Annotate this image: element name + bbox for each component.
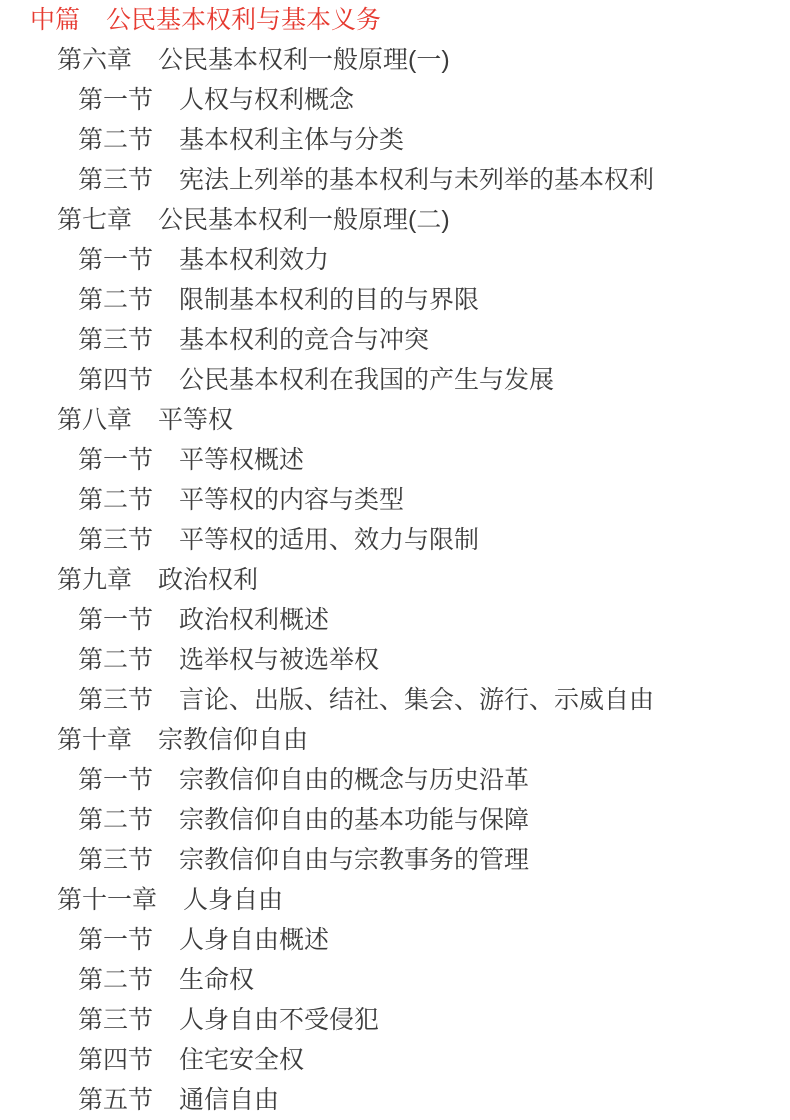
toc-section-row-label: 第二节 [78, 960, 153, 1000]
toc-chapter-row: 第十章宗教信仰自由 [0, 720, 790, 760]
toc-chapter-row-title: 政治权利 [158, 560, 258, 600]
toc-section-row-title: 宗教信仰自由的基本功能与保障 [179, 800, 529, 840]
toc-section-row-label: 第三节 [78, 160, 153, 200]
toc-section-row: 第二节宗教信仰自由的基本功能与保障 [0, 800, 790, 840]
toc-chapter-row-label: 第八章 [57, 400, 132, 440]
toc-section-row: 第一节基本权利效力 [0, 240, 790, 280]
toc-section-row-title: 平等权概述 [179, 440, 304, 480]
toc-section-row-label: 第一节 [78, 760, 153, 800]
toc-section-row-label: 第三节 [78, 520, 153, 560]
toc-section-row-title: 人权与权利概念 [179, 80, 354, 120]
toc-section-row-label: 第二节 [78, 800, 153, 840]
toc-section-row-title: 基本权利的竞合与冲突 [179, 320, 429, 360]
toc-section-row: 第四节公民基本权利在我国的产生与发展 [0, 360, 790, 400]
toc-section-row-label: 第三节 [78, 840, 153, 880]
toc-chapter-row-title: 平等权 [158, 400, 233, 440]
toc-section-row: 第一节人权与权利概念 [0, 80, 790, 120]
toc-section-row: 第五节通信自由 [0, 1080, 790, 1120]
toc-section-row: 第三节宪法上列举的基本权利与未列举的基本权利 [0, 160, 790, 200]
toc-section-row: 第一节宗教信仰自由的概念与历史沿革 [0, 760, 790, 800]
toc-section-row: 第二节选举权与被选举权 [0, 640, 790, 680]
toc-section-row-title: 基本权利主体与分类 [179, 120, 404, 160]
toc-section-row: 第二节基本权利主体与分类 [0, 120, 790, 160]
toc-section-row-title: 平等权的适用、效力与限制 [179, 520, 479, 560]
toc-section-row: 第二节限制基本权利的目的与界限 [0, 280, 790, 320]
toc-section-row: 第二节平等权的内容与类型 [0, 480, 790, 520]
toc-section-row-title: 生命权 [179, 960, 254, 1000]
part-title: 公民基本权利与基本义务 [106, 0, 381, 40]
toc-chapter-row-label: 第十章 [57, 720, 132, 760]
toc-section-row: 第三节言论、出版、结社、集会、游行、示威自由 [0, 680, 790, 720]
toc-section-row-label: 第一节 [78, 600, 153, 640]
toc-section-row-title: 宪法上列举的基本权利与未列举的基本权利 [179, 160, 654, 200]
toc-chapter-row-label: 第六章 [57, 40, 132, 80]
toc-section-row: 第三节平等权的适用、效力与限制 [0, 520, 790, 560]
part-heading: 中篇 公民基本权利与基本义务 [0, 0, 790, 40]
toc-section-row-title: 基本权利效力 [179, 240, 329, 280]
toc-section-row: 第四节住宅安全权 [0, 1040, 790, 1080]
toc-section-row-title: 人身自由概述 [179, 920, 329, 960]
toc-section-row-label: 第三节 [78, 680, 153, 720]
toc-section-row: 第二节生命权 [0, 960, 790, 1000]
toc-chapter-row-title: 公民基本权利一般原理(二) [158, 200, 450, 240]
toc-section-row-label: 第三节 [78, 1000, 153, 1040]
toc-chapter-row-title: 宗教信仰自由 [158, 720, 308, 760]
toc-chapter-row: 第九章政治权利 [0, 560, 790, 600]
part-label: 中篇 [30, 0, 80, 40]
toc-chapter-row: 第七章公民基本权利一般原理(二) [0, 200, 790, 240]
toc-section-row-title: 宗教信仰自由与宗教事务的管理 [179, 840, 529, 880]
toc-section-row-title: 平等权的内容与类型 [179, 480, 404, 520]
toc-section-row-label: 第二节 [78, 480, 153, 520]
toc-list: 第六章公民基本权利一般原理(一)第一节人权与权利概念第二节基本权利主体与分类第三… [0, 40, 790, 1120]
toc-section-row: 第三节基本权利的竞合与冲突 [0, 320, 790, 360]
toc-section-row-label: 第一节 [78, 80, 153, 120]
toc-chapter-row: 第六章公民基本权利一般原理(一) [0, 40, 790, 80]
toc-section-row-label: 第三节 [78, 320, 153, 360]
toc-chapter-row-title: 公民基本权利一般原理(一) [158, 40, 450, 80]
toc-section-row-label: 第一节 [78, 920, 153, 960]
toc-section-row-title: 通信自由 [179, 1080, 279, 1120]
toc-section-row-label: 第四节 [78, 360, 153, 400]
toc-chapter-row: 第十一章人身自由 [0, 880, 790, 920]
toc-chapter-row-label: 第十一章 [57, 880, 157, 920]
toc-section-row: 第一节人身自由概述 [0, 920, 790, 960]
toc-section-row: 第一节政治权利概述 [0, 600, 790, 640]
toc-section-row-title: 选举权与被选举权 [179, 640, 379, 680]
toc-section-row-title: 言论、出版、结社、集会、游行、示威自由 [179, 680, 654, 720]
toc-section-row: 第一节平等权概述 [0, 440, 790, 480]
toc-section-row-label: 第五节 [78, 1080, 153, 1120]
toc-section-row-label: 第一节 [78, 440, 153, 480]
toc-section-row-label: 第二节 [78, 120, 153, 160]
toc-section-row-title: 公民基本权利在我国的产生与发展 [179, 360, 554, 400]
toc-section-row-label: 第二节 [78, 640, 153, 680]
toc-section-row-label: 第四节 [78, 1040, 153, 1080]
toc-page: 中篇 公民基本权利与基本义务 第六章公民基本权利一般原理(一)第一节人权与权利概… [0, 0, 790, 1120]
toc-section-row-title: 人身自由不受侵犯 [179, 1000, 379, 1040]
toc-section-row: 第三节人身自由不受侵犯 [0, 1000, 790, 1040]
toc-section-row-title: 宗教信仰自由的概念与历史沿革 [179, 760, 529, 800]
toc-section-row-label: 第一节 [78, 240, 153, 280]
toc-chapter-row-label: 第七章 [57, 200, 132, 240]
toc-section-row-label: 第二节 [78, 280, 153, 320]
toc-chapter-row-label: 第九章 [57, 560, 132, 600]
toc-section-row-title: 住宅安全权 [179, 1040, 304, 1080]
toc-section-row-title: 政治权利概述 [179, 600, 329, 640]
toc-chapter-row-title: 人身自由 [183, 880, 283, 920]
toc-chapter-row: 第八章平等权 [0, 400, 790, 440]
toc-section-row-title: 限制基本权利的目的与界限 [179, 280, 479, 320]
toc-section-row: 第三节宗教信仰自由与宗教事务的管理 [0, 840, 790, 880]
